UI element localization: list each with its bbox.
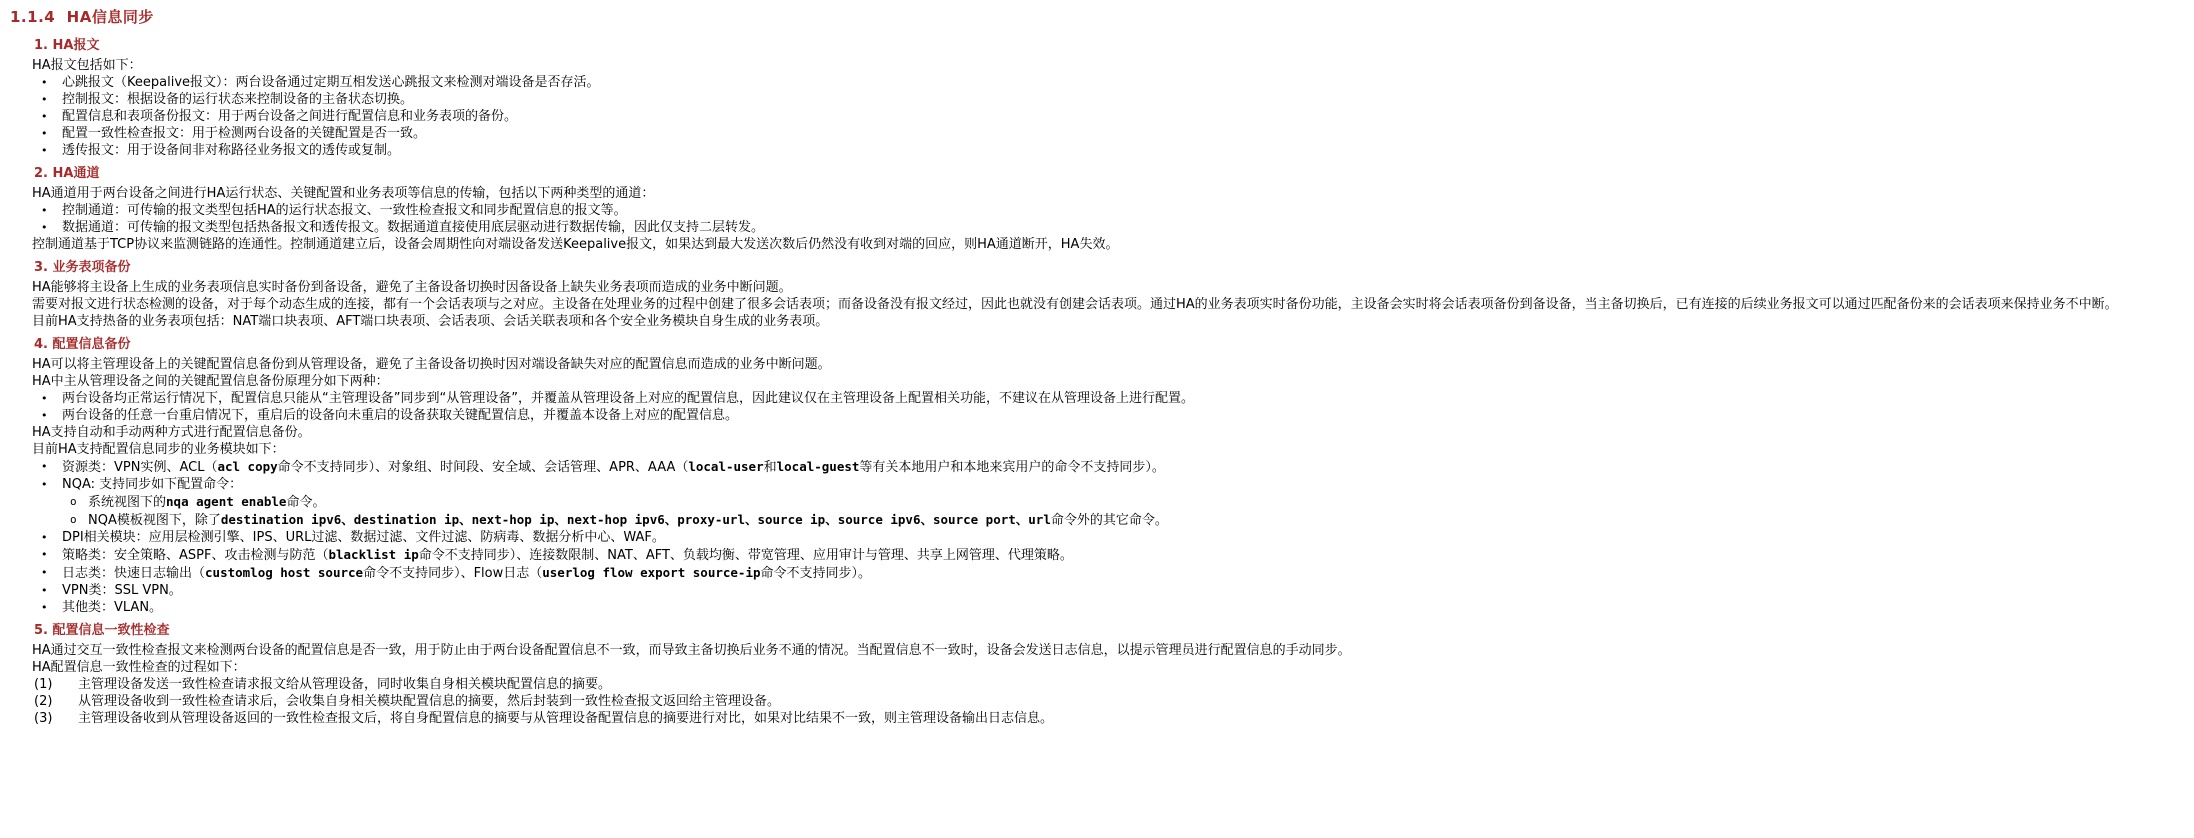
bullet-icon: • xyxy=(32,600,62,616)
doc-body: 1. HA报文HA报文包括如下：•心跳报文（Keepalive报文）：两台设备通… xyxy=(32,38,2182,727)
bullet-item: •NQA: 支持同步如下配置命令： xyxy=(32,477,2182,493)
bullet-text: 系统视图下的nqa agent enable命令。 xyxy=(88,494,2182,511)
text-run: HA通道用于两台设备之间进行HA运行状态、关键配置和业务表项等信息的传输，包括以… xyxy=(32,186,654,201)
inline-command: acl copy xyxy=(217,459,277,474)
numbered-item: (3)主管理设备收到从管理设备返回的一致性检查报文后，将自身配置信息的摘要与从管… xyxy=(32,711,2182,727)
text-run: 其他类：VLAN。 xyxy=(62,600,162,615)
bullet-text: 主管理设备收到从管理设备返回的一致性检查报文后，将自身配置信息的摘要与从管理设备… xyxy=(78,711,2182,727)
bullet-icon: • xyxy=(32,565,62,582)
bullet-item: •两台设备均正常运行情况下，配置信息只能从“主管理设备”同步到“从管理设备”，并… xyxy=(32,391,2182,407)
sub-bullet-item: o系统视图下的nqa agent enable命令。 xyxy=(62,494,2182,511)
section-heading: 1. HA报文 xyxy=(34,38,2182,54)
paragraph: HA报文包括如下： xyxy=(32,58,2182,74)
bullet-text: 主管理设备发送一致性检查请求报文给从管理设备，同时收集自身相关模块配置信息的摘要… xyxy=(78,677,2182,693)
bullet-item: •透传报文：用于设备间非对称路径业务报文的透传或复制。 xyxy=(32,143,2182,159)
bullet-item: •DPI相关模块：应用层检测引擎、IPS、URL过滤、数据过滤、文件过滤、防病毒… xyxy=(32,530,2182,546)
paragraph: HA通过交互一致性检查报文来检测两台设备的配置信息是否一致，用于防止由于两台设备… xyxy=(32,643,2182,659)
text-run: 两台设备均正常运行情况下，配置信息只能从“主管理设备”同步到“从管理设备”，并覆… xyxy=(62,391,1194,406)
text-run: 命令不支持同步）、对象组、时间段、安全域、会话管理、APR、AAA（ xyxy=(278,460,689,475)
bullet-text: 日志类：快速日志输出（customlog host source命令不支持同步）… xyxy=(62,565,2182,582)
bullet-icon: • xyxy=(32,220,62,236)
paragraph: 目前HA支持配置信息同步的业务模块如下： xyxy=(32,442,2182,458)
text-run: 主管理设备收到从管理设备返回的一致性检查报文后，将自身配置信息的摘要与从管理设备… xyxy=(78,711,1053,726)
inline-command: destination ipv6、destination ip、next-hop… xyxy=(221,512,1051,527)
text-run: NQA模板视图下，除了 xyxy=(88,513,221,528)
bullet-text: NQA: 支持同步如下配置命令： xyxy=(62,477,2182,493)
bullet-icon: • xyxy=(32,109,62,125)
numbered-item: (1)主管理设备发送一致性检查请求报文给从管理设备，同时收集自身相关模块配置信息… xyxy=(32,677,2182,693)
paragraph: 目前HA支持热备的业务表项包括：NAT端口块表项、AFT端口块表项、会话表项、会… xyxy=(32,314,2182,330)
text-run: 命令不支持同步）、Flow日志（ xyxy=(363,566,542,581)
bullet-text: 数据通道：可传输的报文类型包括热备报文和透传报文。数据通道直接使用底层驱动进行数… xyxy=(62,220,2182,236)
document-page: 1.1.4 HA信息同步 1. HA报文HA报文包括如下：•心跳报文（Keepa… xyxy=(0,0,2194,838)
text-run: 目前HA支持配置信息同步的业务模块如下： xyxy=(32,442,285,457)
bullet-icon: • xyxy=(32,92,62,108)
section-heading: 2. HA通道 xyxy=(34,166,2182,182)
text-run: 等有关本地用户和本地来宾用户的命令不支持同步）。 xyxy=(859,460,1165,475)
section-heading: 3. 业务表项备份 xyxy=(34,260,2182,276)
bullet-icon: • xyxy=(32,391,62,407)
text-run: 心跳报文（Keepalive报文）：两台设备通过定期互相发送心跳报文来检测对端设… xyxy=(62,75,600,90)
text-run: HA中主从管理设备之间的关键配置信息备份原理分如下两种： xyxy=(32,374,389,389)
inline-command: customlog host source xyxy=(205,565,363,580)
bullet-text: 透传报文：用于设备间非对称路径业务报文的透传或复制。 xyxy=(62,143,2182,159)
bullet-item: •心跳报文（Keepalive报文）：两台设备通过定期互相发送心跳报文来检测对端… xyxy=(32,75,2182,91)
text-run: 数据通道：可传输的报文类型包括热备报文和透传报文。数据通道直接使用底层驱动进行数… xyxy=(62,220,764,235)
bullet-text: 心跳报文（Keepalive报文）：两台设备通过定期互相发送心跳报文来检测对端设… xyxy=(62,75,2182,91)
text-run: 两台设备的任意一台重启情况下，重启后的设备向未重启的设备获取关键配置信息，并覆盖… xyxy=(62,408,738,423)
text-run: HA报文包括如下： xyxy=(32,58,142,73)
paragraph: 需要对报文进行状态检测的设备，对于每个动态生成的连接，都有一个会话表项与之对应。… xyxy=(32,297,2182,313)
bullet-icon: • xyxy=(32,126,62,142)
bullet-icon: • xyxy=(32,477,62,493)
text-run: 控制通道：可传输的报文类型包括HA的运行状态报文、一致性检查报文和同步配置信息的… xyxy=(62,203,627,218)
bullet-text: 配置信息和表项备份报文：用于两台设备之间进行配置信息和业务表项的备份。 xyxy=(62,109,2182,125)
text-run: HA配置信息一致性检查的过程如下： xyxy=(32,660,246,675)
text-run: 主管理设备发送一致性检查请求报文给从管理设备，同时收集自身相关模块配置信息的摘要… xyxy=(78,677,611,692)
text-run: HA支持自动和手动两种方式进行配置信息备份。 xyxy=(32,425,311,440)
bullet-text: NQA模板视图下，除了destination ipv6、destination … xyxy=(88,512,2182,529)
text-run: 资源类：VPN实例、ACL（ xyxy=(62,460,217,475)
bullet-item: •配置一致性检查报文：用于检测两台设备的关键配置是否一致。 xyxy=(32,126,2182,142)
bullet-item: •策略类：安全策略、ASPF、攻击检测与防范（blacklist ip命令不支持… xyxy=(32,547,2182,564)
bullet-item: •配置信息和表项备份报文：用于两台设备之间进行配置信息和业务表项的备份。 xyxy=(32,109,2182,125)
sub-bullet-icon: o xyxy=(62,512,88,529)
bullet-text: 两台设备均正常运行情况下，配置信息只能从“主管理设备”同步到“从管理设备”，并覆… xyxy=(62,391,2182,407)
text-run: HA能够将主设备上生成的业务表项信息实时备份到备设备，避免了主备设备切换时因备设… xyxy=(32,280,792,295)
text-run: 配置一致性检查报文：用于检测两台设备的关键配置是否一致。 xyxy=(62,126,426,141)
inline-command: nqa agent enable xyxy=(166,494,286,509)
bullet-item: •其他类：VLAN。 xyxy=(32,600,2182,616)
bullet-text: 策略类：安全策略、ASPF、攻击检测与防范（blacklist ip命令不支持同… xyxy=(62,547,2182,564)
bullet-icon: • xyxy=(32,459,62,476)
text-run: HA通过交互一致性检查报文来检测两台设备的配置信息是否一致，用于防止由于两台设备… xyxy=(32,643,1351,658)
text-run: 控制通道基于TCP协议来监测链路的连通性。控制通道建立后，设备会周期性向对端设备… xyxy=(32,237,1118,252)
list-number: (2) xyxy=(32,694,78,710)
sub-bullet-item: oNQA模板视图下，除了destination ipv6、destination… xyxy=(62,512,2182,529)
text-run: 目前HA支持热备的业务表项包括：NAT端口块表项、AFT端口块表项、会话表项、会… xyxy=(32,314,828,329)
bullet-item: •日志类：快速日志输出（customlog host source命令不支持同步… xyxy=(32,565,2182,582)
bullet-icon: • xyxy=(32,203,62,219)
bullet-text: 资源类：VPN实例、ACL（acl copy命令不支持同步）、对象组、时间段、安… xyxy=(62,459,2182,476)
text-run: 命令不支持同步）。 xyxy=(761,566,872,581)
inline-command: local-user xyxy=(688,459,763,474)
text-run: 配置信息和表项备份报文：用于两台设备之间进行配置信息和业务表项的备份。 xyxy=(62,109,517,124)
paragraph: 控制通道基于TCP协议来监测链路的连通性。控制通道建立后，设备会周期性向对端设备… xyxy=(32,237,2182,253)
bullet-icon: • xyxy=(32,547,62,564)
bullet-item: •资源类：VPN实例、ACL（acl copy命令不支持同步）、对象组、时间段、… xyxy=(32,459,2182,476)
list-number: (1) xyxy=(32,677,78,693)
bullet-item: •控制通道：可传输的报文类型包括HA的运行状态报文、一致性检查报文和同步配置信息… xyxy=(32,203,2182,219)
paragraph: HA支持自动和手动两种方式进行配置信息备份。 xyxy=(32,425,2182,441)
bullet-text: 控制报文：根据设备的运行状态来控制设备的主备状态切换。 xyxy=(62,92,2182,108)
text-run: 和 xyxy=(764,460,777,475)
bullet-text: VPN类：SSL VPN。 xyxy=(62,583,2182,599)
paragraph: HA配置信息一致性检查的过程如下： xyxy=(32,660,2182,676)
bullet-text: 其他类：VLAN。 xyxy=(62,600,2182,616)
bullet-icon: • xyxy=(32,530,62,546)
bullet-item: •数据通道：可传输的报文类型包括热备报文和透传报文。数据通道直接使用底层驱动进行… xyxy=(32,220,2182,236)
bullet-item: •VPN类：SSL VPN。 xyxy=(32,583,2182,599)
bullet-text: 控制通道：可传输的报文类型包括HA的运行状态报文、一致性检查报文和同步配置信息的… xyxy=(62,203,2182,219)
bullet-icon: • xyxy=(32,143,62,159)
text-run: 命令外的其它命令。 xyxy=(1051,513,1168,528)
bullet-icon: • xyxy=(32,583,62,599)
list-number: (3) xyxy=(32,711,78,727)
text-run: 控制报文：根据设备的运行状态来控制设备的主备状态切换。 xyxy=(62,92,413,107)
text-run: 系统视图下的 xyxy=(88,495,166,510)
bullet-text: 配置一致性检查报文：用于检测两台设备的关键配置是否一致。 xyxy=(62,126,2182,142)
text-run: DPI相关模块：应用层检测引擎、IPS、URL过滤、数据过滤、文件过滤、防病毒、… xyxy=(62,530,665,545)
inline-command: blacklist ip xyxy=(328,547,418,562)
paragraph: HA中主从管理设备之间的关键配置信息备份原理分如下两种： xyxy=(32,374,2182,390)
section-heading: 5. 配置信息一致性检查 xyxy=(34,623,2182,639)
bullet-item: •控制报文：根据设备的运行状态来控制设备的主备状态切换。 xyxy=(32,92,2182,108)
bullet-icon: • xyxy=(32,408,62,424)
bullet-text: DPI相关模块：应用层检测引擎、IPS、URL过滤、数据过滤、文件过滤、防病毒、… xyxy=(62,530,2182,546)
bullet-text: 从管理设备收到一致性检查请求后，会收集自身相关模块配置信息的摘要，然后封装到一致… xyxy=(78,694,2182,710)
paragraph: HA可以将主管理设备上的关键配置信息备份到从管理设备，避免了主备设备切换时因对端… xyxy=(32,357,2182,373)
text-run: 透传报文：用于设备间非对称路径业务报文的透传或复制。 xyxy=(62,143,400,158)
paragraph: HA通道用于两台设备之间进行HA运行状态、关键配置和业务表项等信息的传输，包括以… xyxy=(32,186,2182,202)
text-run: VPN类：SSL VPN。 xyxy=(62,583,182,598)
text-run: NQA: 支持同步如下配置命令： xyxy=(62,477,242,492)
text-run: HA可以将主管理设备上的关键配置信息备份到从管理设备，避免了主备设备切换时因对端… xyxy=(32,357,831,372)
text-run: 需要对报文进行状态检测的设备，对于每个动态生成的连接，都有一个会话表项与之对应。… xyxy=(32,297,2118,312)
paragraph: HA能够将主设备上生成的业务表项信息实时备份到备设备，避免了主备设备切换时因备设… xyxy=(32,280,2182,296)
bullet-item: •两台设备的任意一台重启情况下，重启后的设备向未重启的设备获取关键配置信息，并覆… xyxy=(32,408,2182,424)
text-run: 命令。 xyxy=(286,495,325,510)
bullet-icon: • xyxy=(32,75,62,91)
inline-command: userlog flow export source-ip xyxy=(542,565,760,580)
page-title: 1.1.4 HA信息同步 xyxy=(10,6,2186,27)
bullet-text: 两台设备的任意一台重启情况下，重启后的设备向未重启的设备获取关键配置信息，并覆盖… xyxy=(62,408,2182,424)
text-run: 策略类：安全策略、ASPF、攻击检测与防范（ xyxy=(62,548,328,563)
text-run: 命令不支持同步）、连接数限制、NAT、AFT、负载均衡、带宽管理、应用审计与管理… xyxy=(419,548,1073,563)
numbered-item: (2)从管理设备收到一致性检查请求后，会收集自身相关模块配置信息的摘要，然后封装… xyxy=(32,694,2182,710)
text-run: 日志类：快速日志输出（ xyxy=(62,566,205,581)
inline-command: local-guest xyxy=(777,459,860,474)
section-heading: 4. 配置信息备份 xyxy=(34,337,2182,353)
text-run: 从管理设备收到一致性检查请求后，会收集自身相关模块配置信息的摘要，然后封装到一致… xyxy=(78,694,780,709)
sub-bullet-icon: o xyxy=(62,494,88,511)
